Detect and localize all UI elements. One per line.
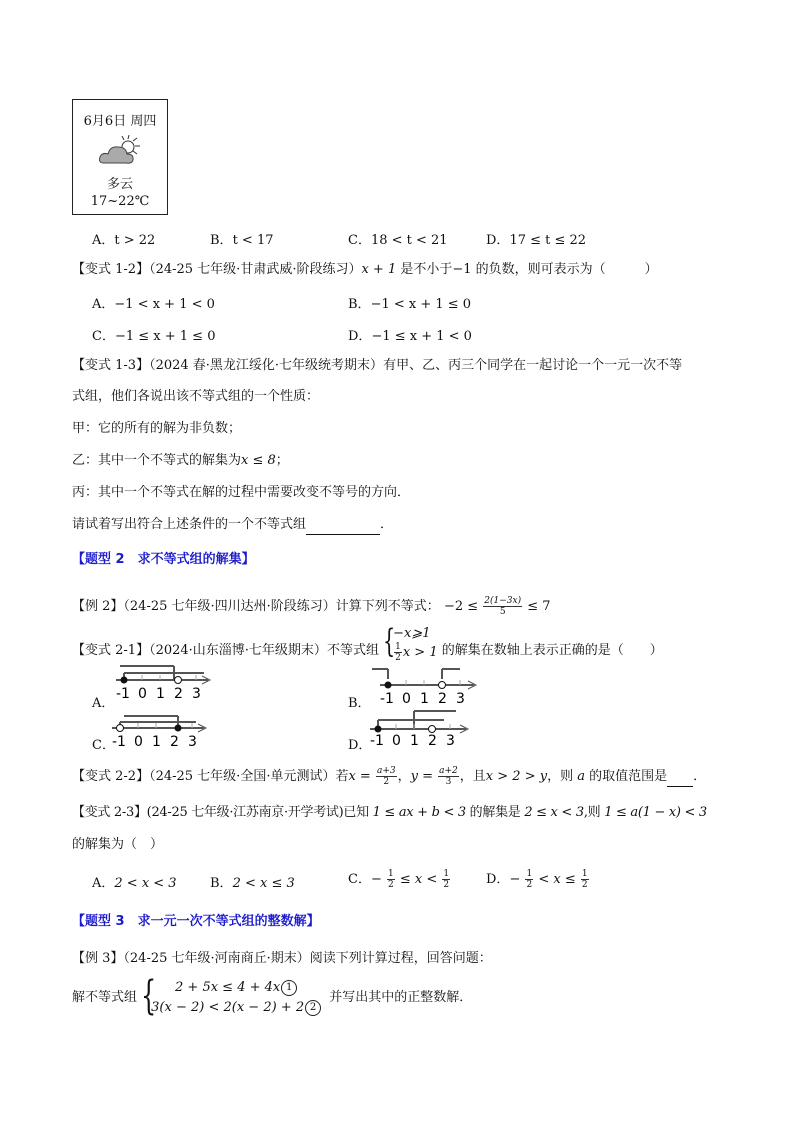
question-source: （24-25 七年级·河南商丘·期末）: [123, 951, 309, 966]
svg-text:1: 1: [420, 691, 429, 707]
number-line-d[interactable]: -10123: [370, 709, 490, 749]
q1-2-option-d[interactable]: D．−1 ≤ x + 1 < 0: [348, 325, 472, 344]
q2-1-stem: 【变式 2-1】（2024·山东淄博·七年级期末）不等式组 { −x⩾1 12x…: [72, 638, 663, 663]
question-tag: 【变式 2-3】: [72, 805, 147, 820]
brace-icon: {: [383, 626, 395, 656]
q2-3-stem: 【变式 2-3】(24-25 七年级·江苏南京·开学考试)已知 1 ≤ ax +…: [72, 804, 707, 822]
svg-text:2: 2: [428, 733, 437, 749]
q2-3-option-a[interactable]: A．2 < x < 3: [92, 872, 177, 891]
example-3-system: 解不等式组 { 2 + 5x ≤ 4 + 4x1 3(x − 2) < 2(x …: [72, 978, 472, 1018]
partly-cloudy-icon: [73, 135, 167, 169]
weather-temperature: 17~22℃: [73, 194, 167, 209]
question-source: （24-25 七年级·全国·单元测试）: [149, 769, 335, 784]
q1-1-option-b[interactable]: B．t < 17: [210, 229, 274, 248]
question-tag: 【例 3】: [72, 951, 123, 966]
answer-blank[interactable]: [306, 516, 380, 535]
q1-1-option-d[interactable]: D．17 ≤ t ≤ 22: [486, 229, 586, 248]
svg-text:3: 3: [188, 734, 197, 750]
q2-1-option-b-label[interactable]: B．: [348, 692, 371, 711]
q1-3-stem-line1: 【变式 1-3】（2024 春·黑龙江绥化·七年级统考期末）有甲、乙、丙三个同学…: [72, 357, 682, 375]
weather-card: 6月6日 周四 多云 17~22℃: [72, 99, 168, 215]
q1-1-option-c[interactable]: C．18 < t < 21: [348, 229, 448, 248]
question-source: （24-25 七年级·甘肃武威·阶段练习）: [149, 262, 361, 277]
question-tag: 【变式 2-1】: [72, 643, 149, 658]
svg-text:-1: -1: [380, 691, 394, 707]
question-source: (24-25 七年级·江苏南京·开学考试): [147, 805, 344, 820]
answer-blank[interactable]: [667, 768, 693, 787]
q1-2-option-a[interactable]: A．−1 < x + 1 < 0: [92, 293, 215, 312]
svg-text:1: 1: [152, 734, 161, 750]
number-line-b[interactable]: -10123: [370, 667, 490, 707]
q1-3-jia: 甲：它的所有的解为非负数；: [72, 420, 241, 438]
question-tag: 【例 2】: [72, 599, 123, 614]
q2-1-option-d-label[interactable]: D．: [348, 734, 371, 753]
svg-text:1: 1: [410, 733, 419, 749]
q2-2-stem: 【变式 2-2】（24-25 七年级·全国·单元测试）若x = a+32，y =…: [72, 766, 706, 787]
question-source: （2024 春·黑龙江绥化·七年级统考期末）: [149, 358, 383, 373]
svg-text:0: 0: [402, 691, 411, 707]
circled-number-1: 1: [281, 980, 297, 996]
section-title-2: 【题型 2 求不等式组的解集】: [72, 551, 255, 569]
q1-2-option-c[interactable]: C．−1 ≤ x + 1 ≤ 0: [92, 325, 215, 344]
svg-text:0: 0: [138, 686, 147, 702]
q1-2-stem: 【变式 1-2】（24-25 七年级·甘肃武威·阶段练习）x + 1 是不小于−…: [72, 261, 658, 279]
weather-date: 6月6日 周四: [73, 110, 167, 129]
svg-text:0: 0: [392, 733, 401, 749]
q1-2-option-b[interactable]: B．−1 < x + 1 ≤ 0: [348, 293, 471, 312]
section-title-3: 【题型 3 求一元一次不等式组的整数解】: [72, 913, 320, 931]
brace-icon: {: [141, 978, 156, 1014]
inequality-system: { 2 + 5x ≤ 4 + 4x1 3(x − 2) < 2(x − 2) +…: [141, 978, 321, 1018]
number-line-a[interactable]: -10123: [112, 662, 222, 706]
svg-text:-1: -1: [370, 733, 384, 749]
question-source: （24-25 七年级·四川达州·阶段练习）: [123, 599, 335, 614]
q1-3-yi: 乙：其中一个不等式的解集为x ≤ 8；: [72, 452, 289, 470]
svg-text:-1: -1: [116, 686, 130, 702]
svg-text:1: 1: [156, 686, 165, 702]
circled-number-2: 2: [305, 1000, 321, 1016]
svg-text:2: 2: [174, 686, 183, 702]
q2-3-stem-line2: 的解集为（ ）: [72, 836, 163, 854]
svg-text:3: 3: [456, 691, 465, 707]
q1-3-bing: 丙：其中一个不等式在解的过程中需要改变不等号的方向．: [72, 484, 410, 502]
q1-1-option-a[interactable]: A．t > 22: [92, 229, 155, 248]
question-tag: 【变式 1-3】: [72, 358, 149, 373]
question-tag: 【变式 1-2】: [72, 262, 149, 277]
question-tag: 【变式 2-2】: [72, 769, 149, 784]
q1-3-stem-line2: 式组，他们各说出该不等式组的一个性质：: [72, 388, 319, 406]
svg-text:0: 0: [134, 734, 143, 750]
svg-text:2: 2: [438, 691, 447, 707]
q1-3-ask: 请试着写出符合上述条件的一个不等式组 ．: [72, 516, 393, 535]
question-source: （2024·山东淄博·七年级期末）: [149, 643, 327, 658]
svg-text:3: 3: [192, 686, 201, 702]
svg-text:3: 3: [446, 733, 455, 749]
q2-3-option-d[interactable]: D．− 12 < x ≤ 12: [486, 868, 590, 890]
fraction: 2(1−3x)5: [483, 596, 522, 617]
svg-text:2: 2: [170, 734, 179, 750]
weather-condition: 多云: [73, 173, 167, 192]
q2-3-option-b[interactable]: B．2 < x ≤ 3: [210, 872, 295, 891]
example-2: 【例 2】（24-25 七年级·四川达州·阶段练习）计算下列不等式： −2 ≤ …: [72, 596, 551, 617]
inequality-system: { −x⩾1 12x > 1: [383, 626, 438, 663]
svg-text:-1: -1: [112, 734, 126, 750]
number-line-c[interactable]: -10123: [112, 714, 222, 754]
q2-3-option-c[interactable]: C．− 12 ≤ x < 12: [348, 868, 451, 890]
example-3: 【例 3】（24-25 七年级·河南商丘·期末）阅读下列计算过程，回答问题：: [72, 950, 492, 968]
